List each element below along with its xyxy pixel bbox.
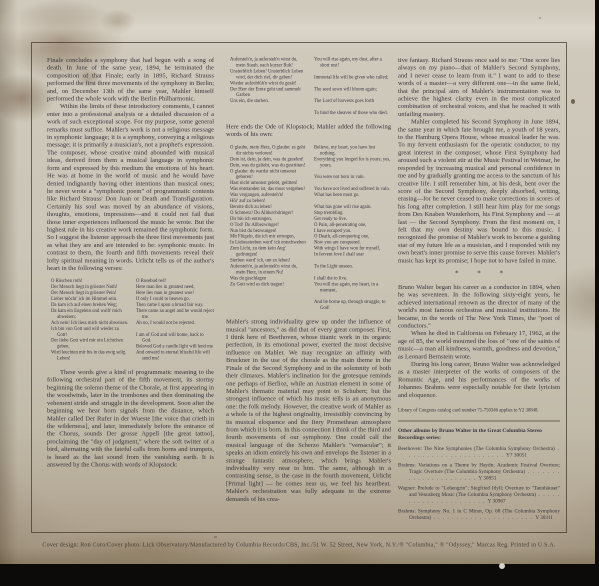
liner-notes-column-1: Finale concludes a symphony that had beg… [47, 56, 214, 532]
verse-line: Dein, was du geliebt, was du gestritten! [230, 163, 307, 169]
verse-line: Ach nein! Ich liess mich nicht abweisen. [51, 320, 129, 326]
asterisk-separator: * * * [398, 270, 560, 278]
essay-paragraph-closing-wrap: These words give a kind of programmatic … [47, 368, 214, 468]
mahler-english-verse: Believe, my heart, you have lost nothing… [314, 145, 391, 312]
essay-paragraph-influences-wrap: Mahler's strong individuality grew up un… [226, 318, 391, 503]
biography-paragraph: During his long career, Bruno Walter was… [398, 360, 560, 399]
essay-paragraph: Mahler completed his Second Symphony in … [398, 118, 560, 264]
verse-line: Zu Gott wird es dich tragen! [230, 282, 307, 288]
surface-glint [499, 563, 505, 569]
verse-line: Everything you longed for is yours; yes,… [314, 157, 391, 169]
verse-line: To bind the sheaves of those who died. [314, 111, 391, 117]
essay-paragraph: Within the limits of these introductory … [47, 102, 214, 271]
essay-paragraphs-walter: tive fantasy. Richard Strauss once said … [398, 56, 560, 264]
photo-background: Finale concludes a symphony that had beg… [0, 0, 599, 586]
album-catalog-number: Y7 30051 [506, 453, 527, 459]
klopstock-german-verse: Aufersteh'n, ja aufersteh'n wirst du, me… [230, 57, 307, 117]
liner-notes-frame: Finale concludes a symphony that had beg… [31, 42, 567, 533]
biography-paragraph: When he died in California on February 1… [398, 329, 560, 360]
album-list: Beethoven: The Nine Symphonies (The Colu… [398, 446, 560, 522]
verse-line: You will rise again, my heart, in a mome… [314, 282, 391, 294]
album-catalog-number: Y 30851 [478, 476, 496, 482]
verse-line: Wieder aufzublüh'n wirst du gesät! [230, 81, 307, 87]
biography-paragraph: Bruno Walter began his career as a condu… [398, 283, 560, 329]
mahler-german-verse: O glaube, mein Herz, O glaube: es geht d… [230, 145, 307, 312]
verse-line: There came an angel and he would reject … [136, 308, 214, 320]
verse-line: Unsterblich Leben! Unsterblich Leben wir… [230, 69, 307, 81]
album-catalog-number: Y 30967 [488, 499, 506, 505]
verse-line: Da kam ein Engelein und wollt' mich abwe… [51, 308, 129, 320]
dotted-leader [431, 515, 535, 521]
liner-notes: Finale concludes a symphony that had beg… [31, 42, 567, 549]
album-list-item: Beethoven: The Nine Symphonies (The Colu… [398, 446, 560, 459]
verse-line: Ich bin von Gott und will wieder zu Gott… [51, 326, 129, 338]
album-catalog-number: Y 30311 [535, 515, 553, 521]
liner-notes-column-3: tive fantasy. Richard Strauss once said … [398, 56, 560, 532]
verse-line: You will rise again, my dust, after a sh… [314, 57, 391, 69]
verse-line: And be borne up, through struggle, to Go… [314, 300, 391, 312]
verse-line: Der Herr der Ernte geht und sammelt Garb… [230, 87, 307, 99]
essay-paragraph-closing: These words give a kind of programmatic … [47, 368, 214, 468]
urlicht-verses: O Röschen roth!Der Mensch liegt in gröss… [51, 279, 214, 362]
biography-paragraphs: Bruno Walter began his career as a condu… [398, 283, 560, 399]
liner-notes-column-2: Aufersteh'n, ja aufersteh'n wirst du, me… [226, 56, 391, 532]
verse-line: O glaube: du wardst nicht umsonst gebore… [230, 169, 307, 181]
album-title: Beethoven: The Nine Symphonies (The Colu… [398, 446, 555, 452]
album-list-item: Wagner: Prelude to "Lohengrin"; Siegfrie… [398, 485, 560, 505]
verse-line: Zum Licht, zu dem kein Aug' gedrungen! [230, 246, 307, 258]
klopstock-note: Here ends the Ode of Klopstock; Mahler a… [226, 123, 391, 138]
verse-line: Immortal life will be given who called; [314, 75, 391, 81]
verse-line: I am of God and will home, back to God. [136, 332, 214, 344]
verse-line: Wird leuchten mir bis in das ewig selig … [51, 350, 129, 362]
verse-line: O glaube, mein Herz, O glaube: es geht d… [230, 145, 307, 157]
verse-line: Aufersteh'n, ja aufersteh'n wirst du, me… [230, 57, 307, 69]
essay-paragraph: Finale concludes a symphony that had beg… [47, 56, 214, 102]
album-list-item: Brahms: Symphony No. 1 in C Minor, Op. 6… [398, 508, 560, 521]
manufacturing-credits: Cover design: Ron Coro/Cover photo: Lick… [31, 541, 567, 549]
essay-paragraphs-top: Finale concludes a symphony that had beg… [47, 56, 214, 272]
other-albums-section: Other albums by Bruno Walter in the Grea… [398, 421, 560, 522]
dust-speck [571, 99, 575, 104]
verse-line: Believe, my heart, you have lost nothing… [314, 145, 391, 157]
verse-line: And onward to eternal blissful life will… [136, 350, 214, 362]
other-albums-heading: Other albums by Bruno Walter in the Grea… [398, 428, 560, 442]
verse-line: Dein ist, dein, ja dein, was du gesehnt! [230, 157, 307, 163]
verse-line: Der liebe Gott wird mir ein Lichtchen ge… [51, 338, 129, 350]
verse-line: Uns ein, die starben. [230, 99, 307, 105]
urlicht-german-verse: O Röschen roth!Der Mensch liegt in gröss… [51, 279, 129, 362]
library-of-congress-note: Library of Congress catalog card number … [398, 408, 560, 414]
essay-paragraph-influences: Mahler's strong individuality grew up un… [226, 318, 391, 503]
mahler-added-verses: O glaube, mein Herz, O glaube: es geht d… [230, 145, 391, 312]
essay-paragraph: tive fantasy. Richard Strauss once said … [398, 56, 560, 118]
dust-speck [214, 536, 217, 538]
urlicht-english-verse: O Rosebud red!Here man lies in greatest … [136, 279, 214, 362]
dust-speck [539, 17, 541, 19]
klopstock-english-verse: You will rise again, my dust, after a sh… [314, 57, 391, 117]
klopstock-verses: Aufersteh'n, ja aufersteh'n wirst du, me… [230, 57, 391, 117]
album-list-item: Brahms: Variations on a Theme by Haydn; … [398, 462, 560, 482]
verse-line: Aufersteh'n, ja aufersteh'n wirst du, me… [230, 264, 307, 276]
